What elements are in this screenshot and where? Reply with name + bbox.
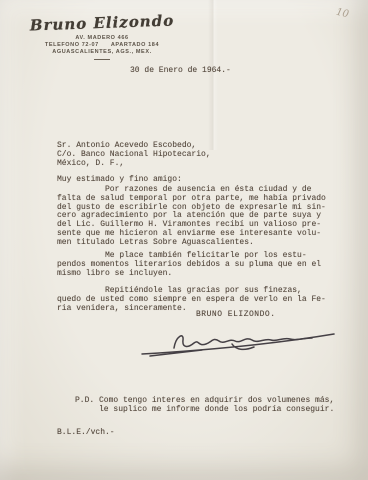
salutation: Muy estimado y fino amigo:: [57, 176, 182, 185]
pencil-annotation: 10: [335, 7, 350, 20]
letterhead-address: AV. MADERO 466 TELEFONO 72-07APARTADO 18…: [24, 35, 180, 60]
letterhead: Bruno Elizondo AV. MADERO 466 TELEFONO 7…: [24, 14, 180, 60]
letterhead-contact-row: TELEFONO 72-07APARTADO 184: [24, 42, 180, 49]
body-paragraph-2: Me place también felicitarle por los est…: [57, 252, 321, 278]
letterhead-city: AGUASCALIENTES, AGS., MEX.: [24, 49, 180, 56]
reference-initials: B.L.E./vch.-: [57, 429, 115, 438]
body-paragraph-3: Repitiéndole las gracias por sus finezas…: [57, 287, 326, 313]
letterhead-rule: [94, 59, 110, 60]
letter-page: Bruno Elizondo AV. MADERO 466 TELEFONO 7…: [0, 0, 368, 480]
postscript: P.D. Como tengo interes en adquirir dos …: [75, 397, 334, 415]
letterhead-name: Bruno Elizondo: [24, 11, 181, 34]
date-line: 30 de Enero de 1964.-: [130, 67, 231, 76]
letterhead-telephone: TELEFONO 72-07: [45, 42, 99, 49]
body-paragraph-1: Por razones de ausencia en ésta ciudad y…: [57, 186, 326, 248]
recipient-block: Sr. Antonio Acevedo Escobedo, C/o. Banco…: [57, 142, 211, 168]
letterhead-pobox: APARTADO 184: [111, 42, 159, 49]
letterhead-street: AV. MADERO 466: [24, 35, 180, 42]
handwritten-signature: [136, 314, 340, 362]
